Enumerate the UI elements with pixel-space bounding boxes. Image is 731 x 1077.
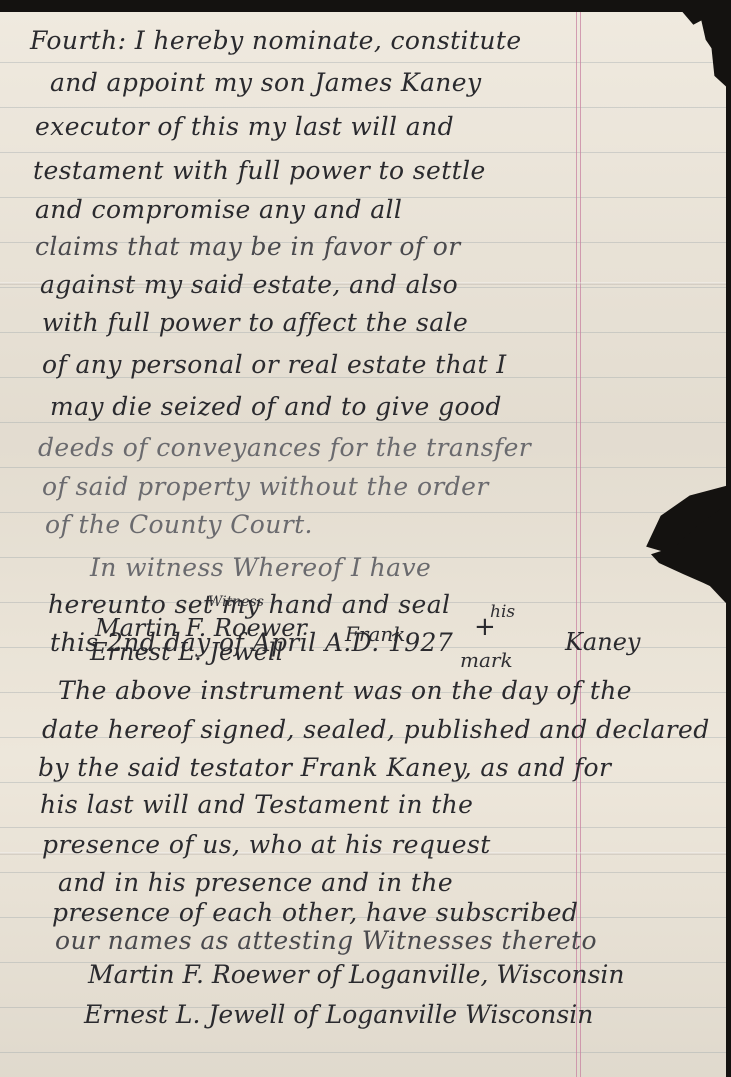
- attestation-line: his last will and Testament in the: [40, 790, 473, 819]
- body-line: Fourth: I hereby nominate, constitute: [30, 26, 522, 55]
- attestation-line: and in his presence and in the: [58, 868, 453, 897]
- testator-mark-label: mark: [460, 648, 513, 672]
- body-line: executor of this my last will and: [35, 112, 454, 141]
- witness-signature: Ernest L. Jewell: [90, 638, 283, 666]
- body-line: testament with full power to settle: [33, 156, 486, 185]
- body-line: of any personal or real estate that I: [42, 350, 507, 379]
- witness-signature-residence: Martin F. Roewer of Loganville, Wisconsi…: [88, 960, 625, 989]
- body-line: and appoint my son James Kaney: [50, 68, 482, 97]
- attestation-line: by the said testator Frank Kaney, as and…: [38, 753, 611, 782]
- attestation-line: date hereof signed, sealed, published an…: [42, 715, 710, 744]
- body-line: with full power to affect the sale: [42, 308, 468, 337]
- body-line: may die seized of and to give good: [50, 392, 502, 421]
- body-line: deeds of conveyances for the transfer: [38, 433, 531, 462]
- body-line: In witness Whereof I have: [90, 553, 431, 582]
- attestation-line: our names as attesting Witnesses thereto: [55, 926, 597, 955]
- attestation-line: presence of each other, have subscribed: [52, 898, 578, 927]
- body-line: claims that may be in favor of or: [35, 232, 461, 261]
- body-line: against my said estate, and also: [40, 270, 458, 299]
- testator-first-name: Frank: [345, 622, 405, 646]
- body-line: of said property without the order: [42, 472, 489, 501]
- attestation-line: The above instrument was on the day of t…: [58, 676, 632, 705]
- will-text: Fourth: I hereby nominate, constitute an…: [0, 0, 731, 1077]
- witness-label: Witness: [208, 594, 264, 610]
- body-line: and compromise any and all: [35, 195, 402, 224]
- testator-mark-cross: +: [474, 612, 496, 642]
- body-line: of the County Court.: [45, 510, 313, 539]
- witness-signature-residence: Ernest L. Jewell of Loganville Wisconsin: [84, 1000, 593, 1029]
- testator-last-name: Kaney: [565, 628, 640, 656]
- attestation-line: presence of us, who at his request: [42, 830, 491, 859]
